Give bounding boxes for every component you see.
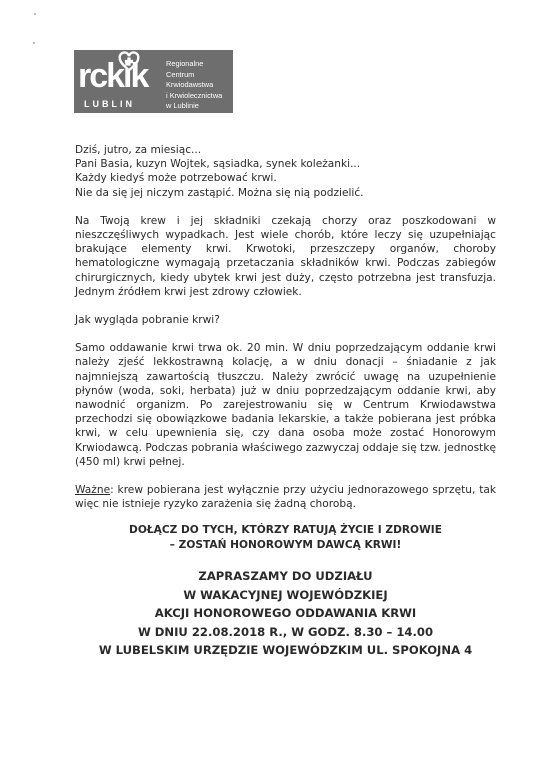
logo-name-line: w Lublinie	[166, 101, 233, 112]
paragraph-blood-need: Na Twoją krew i jej składniki czekają ch…	[75, 214, 496, 299]
scan-artifact	[34, 13, 36, 15]
invitation-line: ZAPRASZAMY DO UDZIAŁU	[75, 567, 496, 586]
invitation-line: W WAKACYJNEJ WOJEWÓDZKIEJ	[75, 586, 496, 605]
intro-line: Nie da się jej niczym zastąpić. Można si…	[75, 186, 496, 200]
heart-cross-icon	[118, 51, 140, 73]
logo-organization-name: Regionalne Centrum Krwiodawstwa i Krwiol…	[166, 50, 233, 113]
intro-line: Pani Basia, kuzyn Wojtek, sąsiadka, syne…	[75, 157, 496, 171]
logo-name-line: Regionalne Centrum	[166, 59, 233, 80]
document-body: Dziś, jutro, za miesiąc... Pani Basia, k…	[75, 143, 496, 660]
cta-line: – ZOSTAŃ HONOROWYM DAWCĄ KRWI!	[75, 538, 496, 553]
important-text: : krew pobierana jest wyłącznie przy uży…	[75, 484, 496, 510]
cta-line: DOŁĄCZ DO TYCH, KTÓRZY RATUJĄ ŻYCIE I ZD…	[75, 523, 496, 538]
paragraph-donation-process: Samo oddawanie krwi trwa ok. 20 min. W d…	[75, 341, 496, 469]
invitation-date-time: W DNIU 22.08.2018 R., W GODZ. 8.30 – 14.…	[75, 623, 496, 642]
invitation-location: W LUBELSKIM URZĘDZIE WOJEWÓDZKIM UL. SPO…	[75, 641, 496, 660]
intro-line: Dziś, jutro, za miesiąc...	[75, 143, 496, 157]
question-heading: Jak wygląda pobranie krwi?	[75, 313, 496, 327]
logo-name-line: Krwiodawstwa	[166, 80, 233, 91]
logo-mark: rckik LUBLIN	[74, 50, 166, 113]
invitation-line: AKCJI HONOROWEGO ODDAWANIA KRWI	[75, 604, 496, 623]
scan-artifact	[33, 42, 35, 44]
logo-name-line: i Krwiolecznictwa	[166, 91, 233, 102]
important-label: Ważne	[75, 484, 110, 496]
rckik-lublin-logo: rckik LUBLIN Regionalne Centrum Krwiodaw…	[74, 50, 233, 113]
intro-line: Każdy kiedyś może potrzebować krwi.	[75, 171, 496, 185]
important-note: Ważne: krew pobierana jest wyłącznie prz…	[75, 483, 496, 511]
logo-city: LUBLIN	[84, 99, 135, 109]
